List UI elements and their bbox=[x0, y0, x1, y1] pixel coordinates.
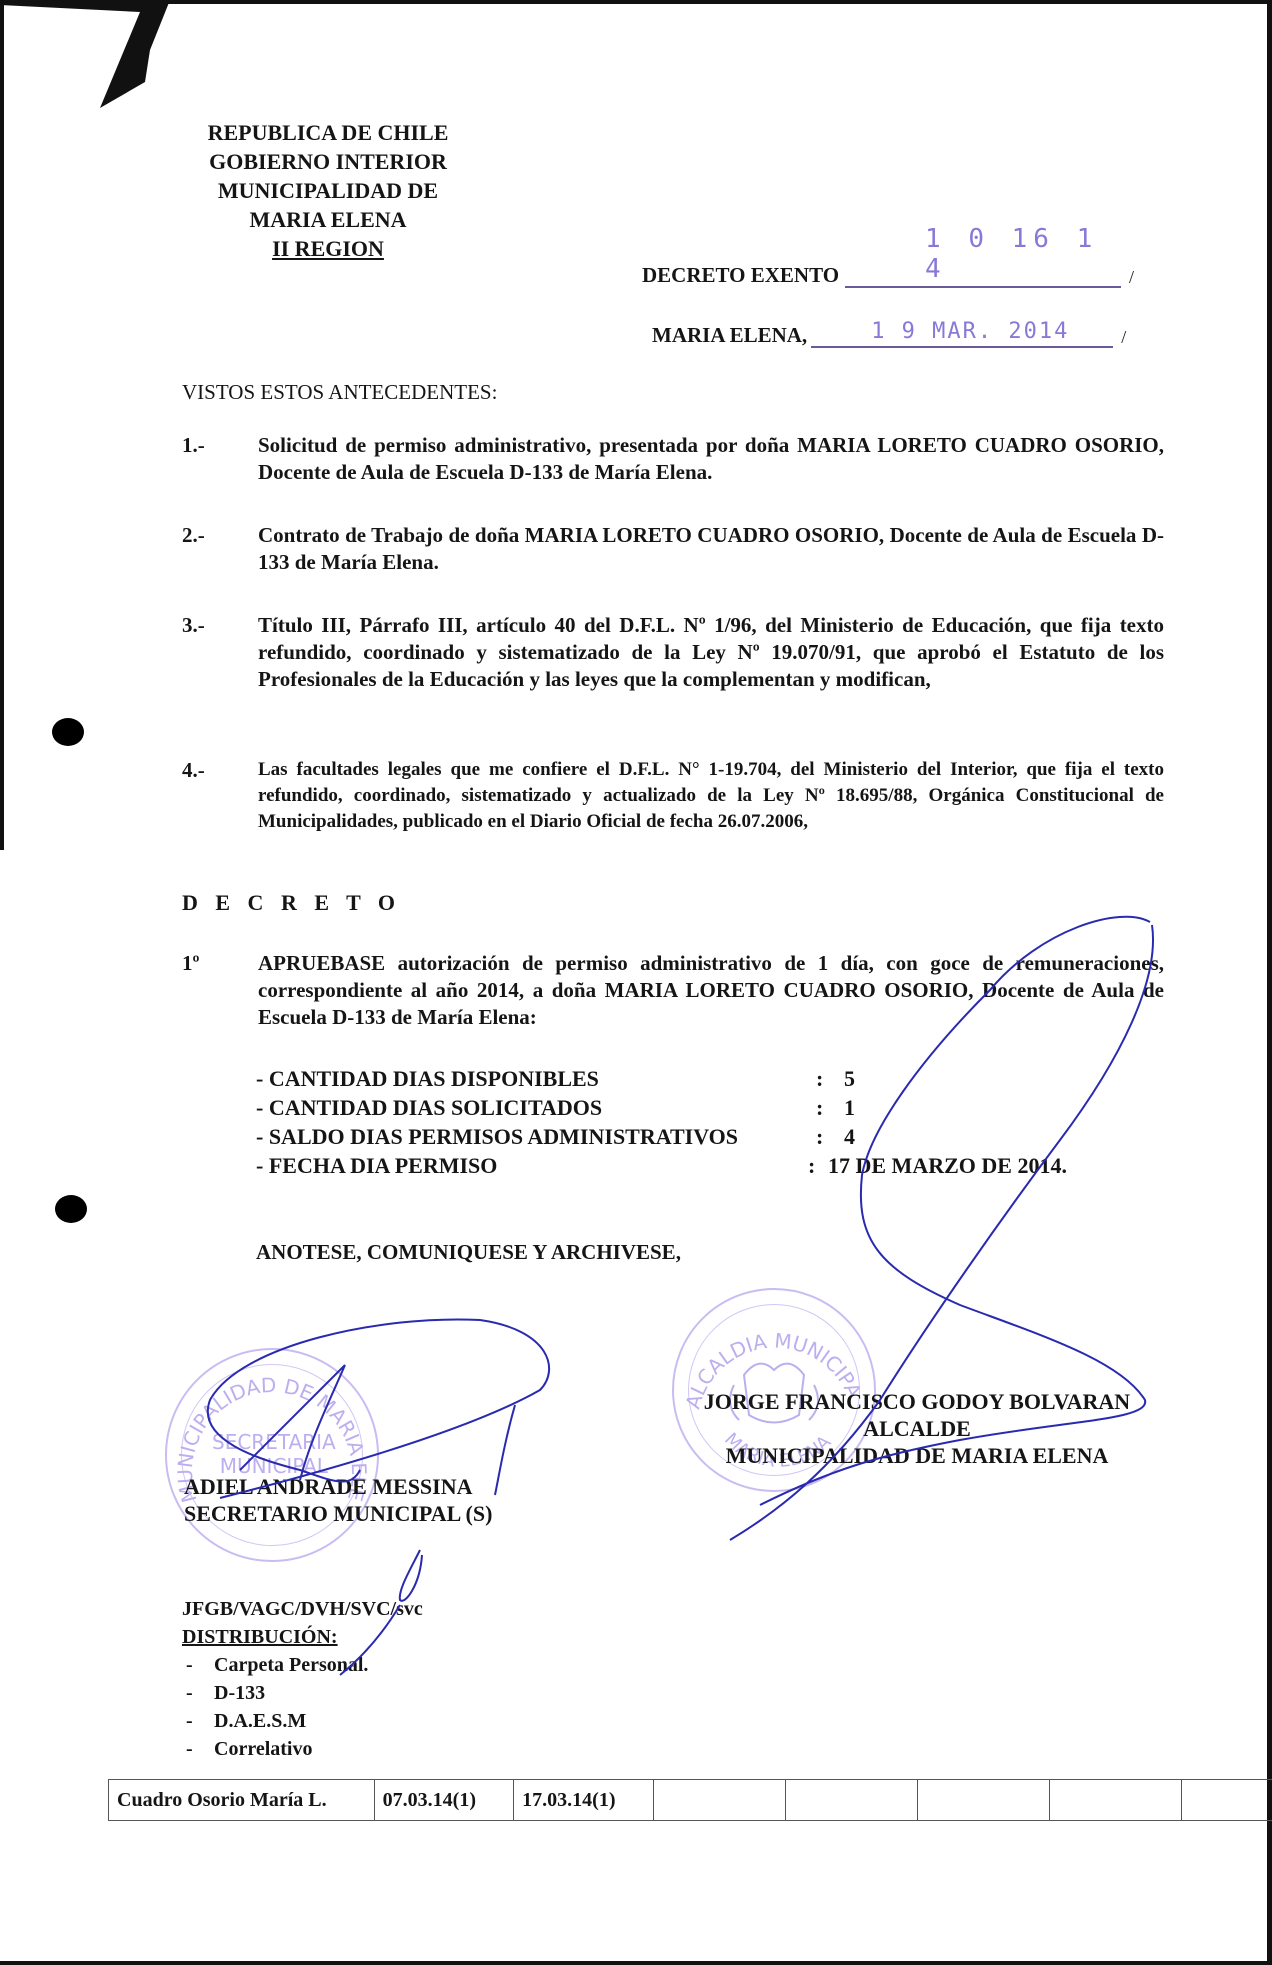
scan-edge-right bbox=[1267, 0, 1272, 1965]
letterhead-region: II REGION bbox=[178, 234, 478, 263]
scan-edge-top bbox=[0, 0, 1272, 4]
punch-hole bbox=[55, 1195, 87, 1223]
secretary-title: SECRETARIO MUNICIPAL (S) bbox=[184, 1500, 492, 1527]
date-field: 1 9 MAR. 2014 bbox=[811, 322, 1113, 348]
secretary-seal: MUNICIPALIDAD DE MARIA ELENA SECRETARIA … bbox=[165, 1348, 379, 1562]
detail-row: - CANTIDAD DIAS SOLICITADOS : 1 bbox=[256, 1093, 1067, 1122]
section-title-vistos: VISTOS ESTOS ANTECEDENTES: bbox=[182, 380, 497, 405]
letterhead-line: GOBIERNO INTERIOR bbox=[178, 147, 478, 176]
decree-number-label: DECRETO EXENTO bbox=[642, 263, 839, 288]
detail-row: - SALDO DIAS PERMISOS ADMINISTRATIVOS : … bbox=[256, 1122, 1067, 1151]
distribution-item: - Correlativo bbox=[186, 1735, 423, 1763]
table-cell: Cuadro Osorio María L. bbox=[109, 1780, 375, 1821]
mayor-signature-block: JORGE FRANCISCO GODOY BOLVARAN ALCALDE M… bbox=[672, 1388, 1162, 1469]
seal-center-text: SECRETARIA MUNICIPAL bbox=[212, 1430, 336, 1478]
scan-edge-bottom bbox=[0, 1961, 1272, 1965]
detail-row: - FECHA DIA PERMISO : 17 DE MARZO DE 201… bbox=[256, 1151, 1067, 1180]
mayor-title: ALCALDE bbox=[672, 1415, 1162, 1442]
detail-row: - CANTIDAD DIAS DISPONIBLES : 5 bbox=[256, 1064, 1067, 1093]
date-stamp: 1 9 MAR. 2014 bbox=[871, 319, 1069, 344]
permit-log-table: Cuadro Osorio María L. 07.03.14(1) 17.03… bbox=[108, 1779, 1272, 1821]
table-cell bbox=[917, 1780, 1049, 1821]
initials: JFGB/VAGC/DVH/SVC/svc bbox=[182, 1595, 423, 1623]
distribution-title: DISTRIBUCIÓN: bbox=[182, 1623, 423, 1651]
table-row: Cuadro Osorio María L. 07.03.14(1) 17.03… bbox=[109, 1780, 1272, 1821]
section-title-decreto: D E C R E T O bbox=[182, 890, 401, 916]
folded-corner-shadow bbox=[0, 0, 180, 115]
distribution-item: - D.A.E.S.M bbox=[186, 1707, 423, 1735]
distribution-list: -Carpeta Personal. -D-133 - D.A.E.S.M - … bbox=[182, 1651, 423, 1763]
table-cell: 17.03.14(1) bbox=[514, 1780, 654, 1821]
permit-details: - CANTIDAD DIAS DISPONIBLES : 5 - CANTID… bbox=[256, 1064, 1067, 1180]
decree-number-line: DECRETO EXENTO 1 0 16 1 4 / bbox=[642, 262, 1134, 288]
mayor-name: JORGE FRANCISCO GODOY BOLVARAN bbox=[672, 1388, 1162, 1415]
table-cell bbox=[785, 1780, 917, 1821]
letterhead-line: REPUBLICA DE CHILE bbox=[178, 118, 478, 147]
table-cell bbox=[653, 1780, 785, 1821]
decree-number-stamp: 1 0 16 1 4 bbox=[925, 224, 1121, 284]
table-cell: 07.03.14(1) bbox=[374, 1780, 514, 1821]
distribution-item: -Carpeta Personal. bbox=[186, 1651, 423, 1679]
table-cell bbox=[1182, 1780, 1272, 1821]
scan-edge-left bbox=[0, 0, 4, 850]
punch-hole bbox=[52, 718, 84, 746]
mayor-organization: MUNICIPALIDAD DE MARIA ELENA bbox=[672, 1442, 1162, 1469]
place-label: MARIA ELENA, bbox=[652, 323, 807, 348]
secretary-name: ADIEL ANDRADE MESSINA bbox=[184, 1473, 492, 1500]
letterhead: REPUBLICA DE CHILE GOBIERNO INTERIOR MUN… bbox=[178, 118, 478, 263]
letterhead-line: MUNICIPALIDAD DE bbox=[178, 176, 478, 205]
table-cell bbox=[1050, 1780, 1182, 1821]
decree-number-field: 1 0 16 1 4 bbox=[845, 262, 1121, 288]
letterhead-line: MARIA ELENA bbox=[178, 205, 478, 234]
reference-block: JFGB/VAGC/DVH/SVC/svc DISTRIBUCIÓN: -Car… bbox=[182, 1595, 423, 1763]
place-date-line: MARIA ELENA, 1 9 MAR. 2014 / bbox=[652, 322, 1126, 348]
distribution-item: -D-133 bbox=[186, 1679, 423, 1707]
closing-formula: ANOTESE, COMUNIQUESE Y ARCHIVESE, bbox=[256, 1240, 681, 1265]
secretary-signature-block: ADIEL ANDRADE MESSINA SECRETARIO MUNICIP… bbox=[184, 1473, 492, 1527]
